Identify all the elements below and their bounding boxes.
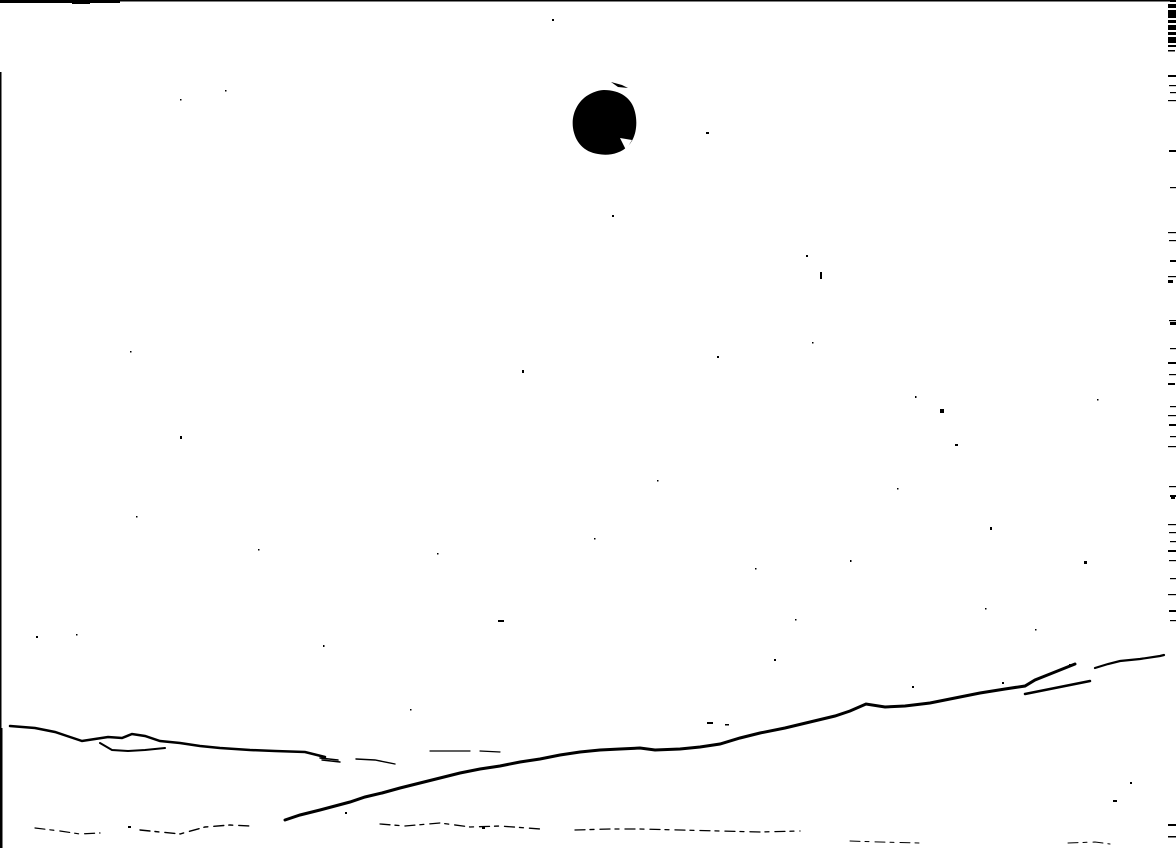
- monochrome-landscape-photo: [0, 0, 1176, 848]
